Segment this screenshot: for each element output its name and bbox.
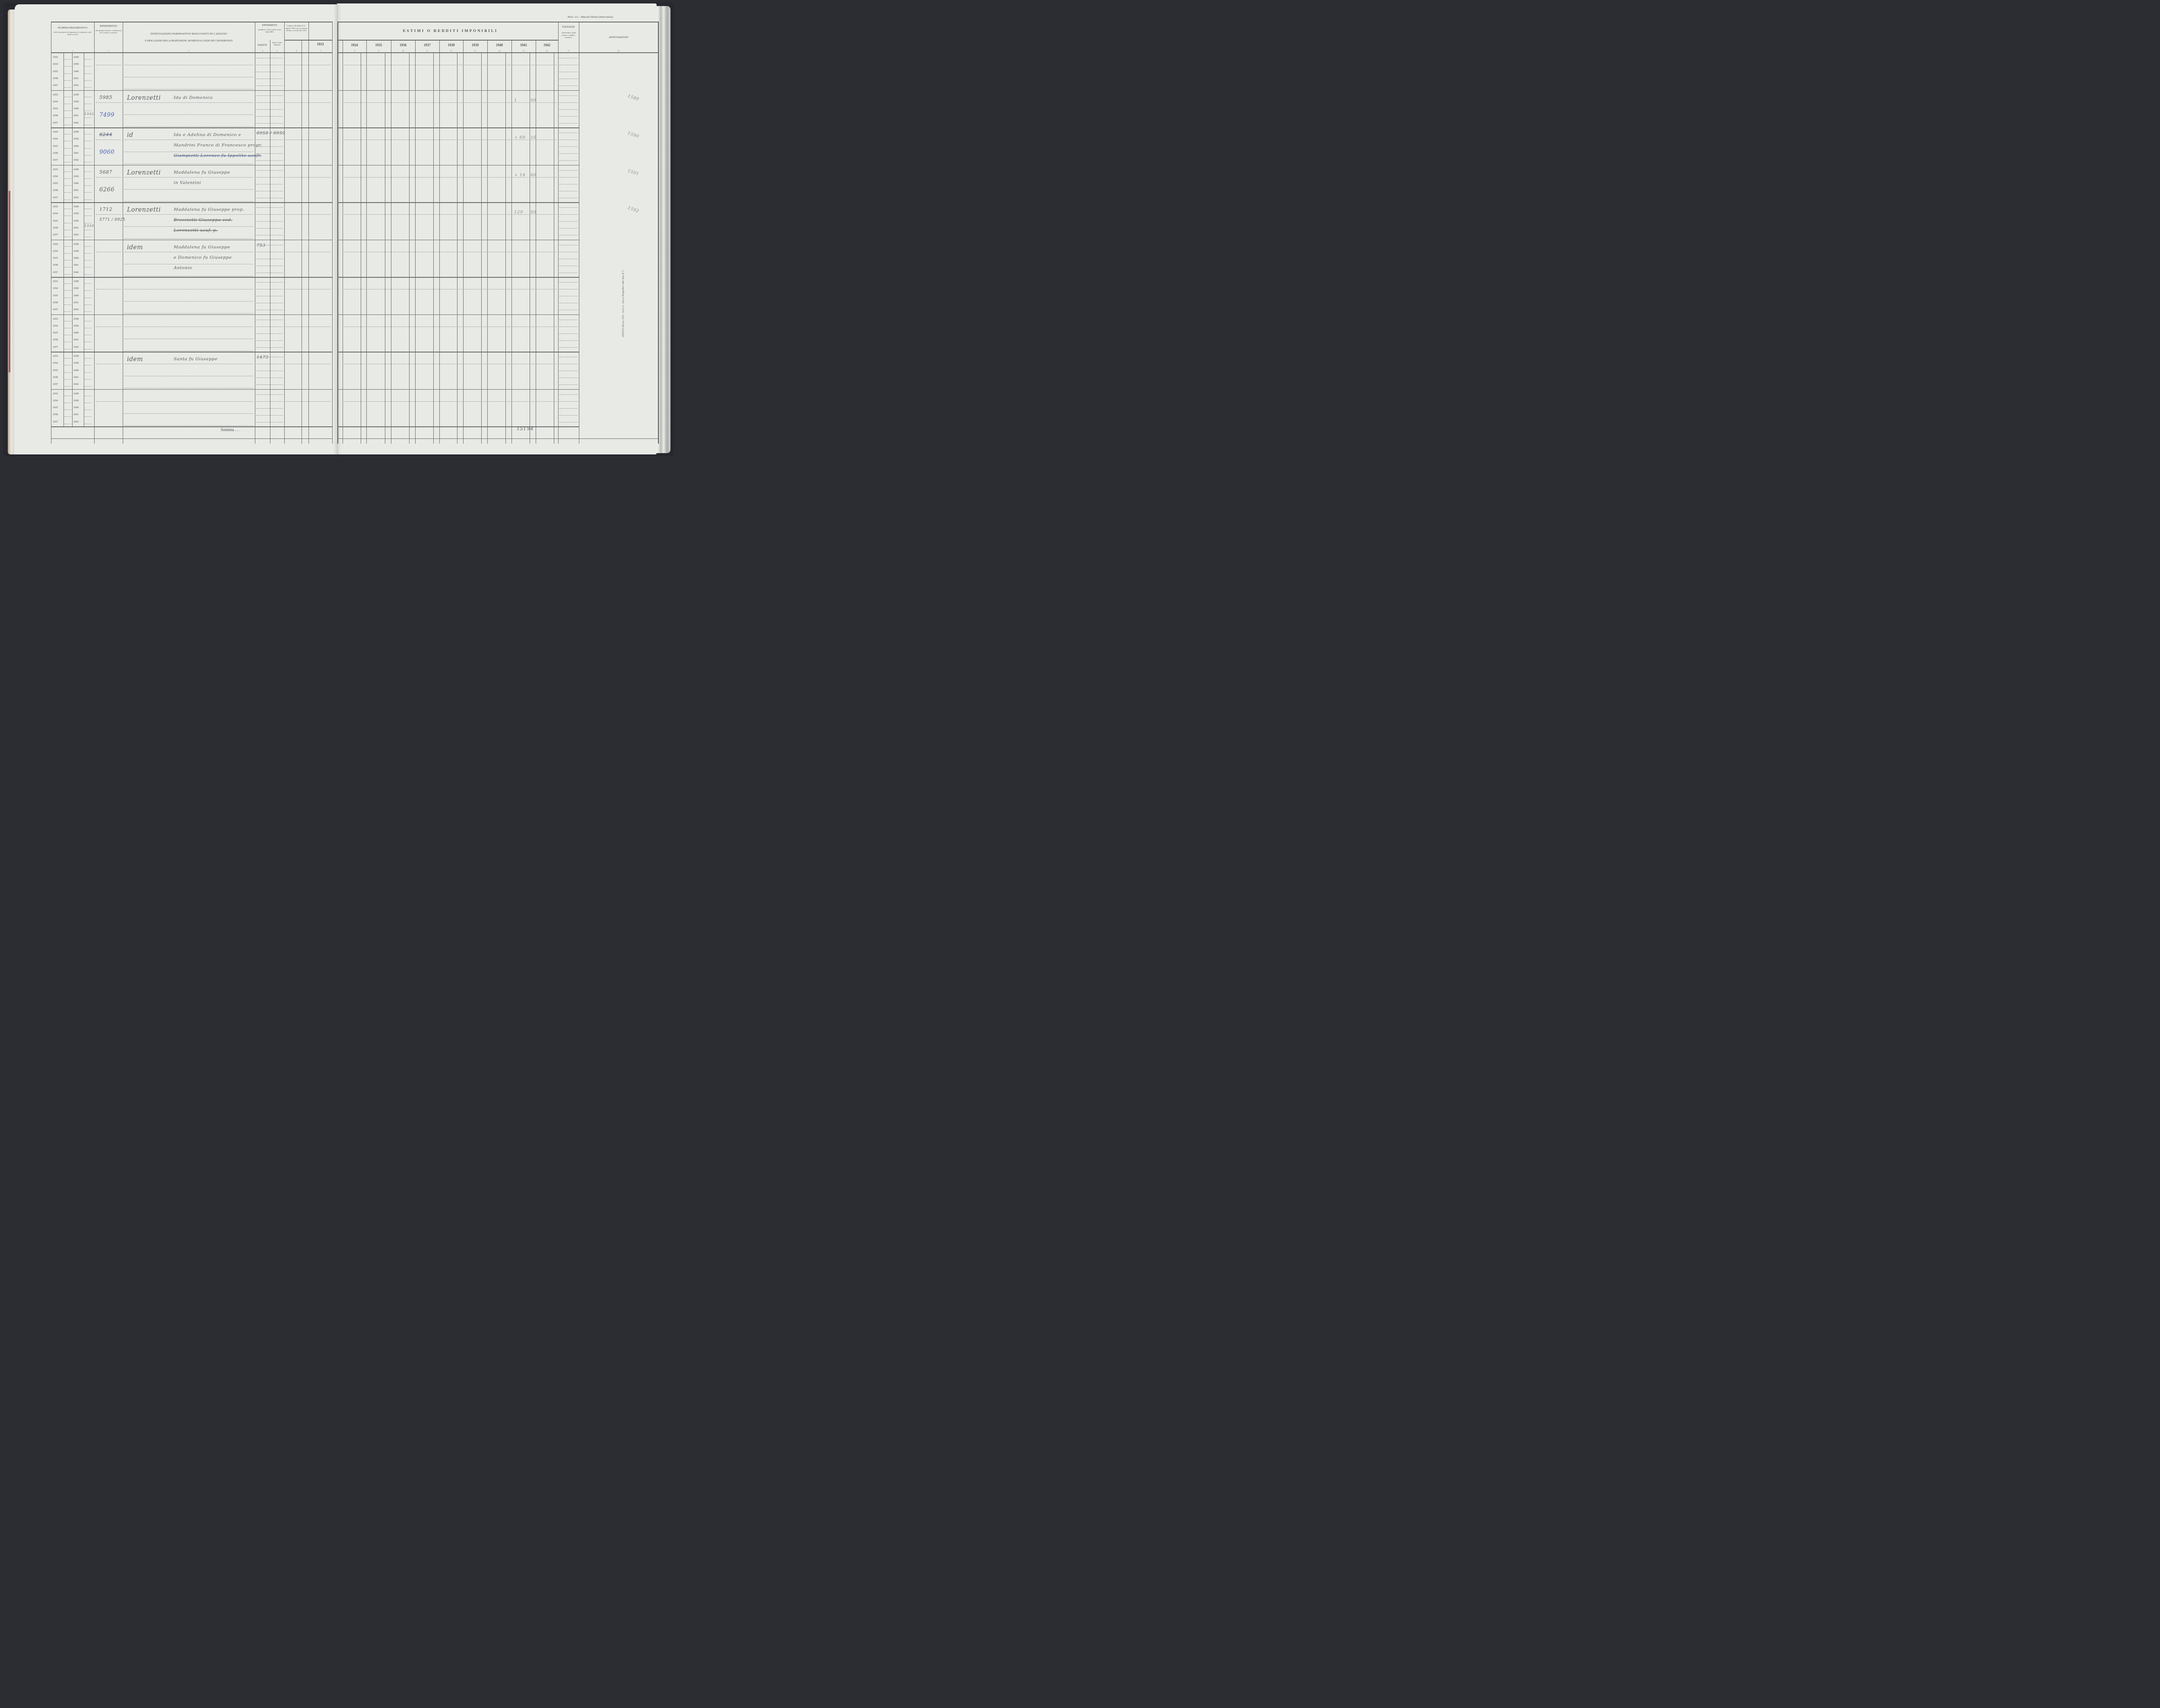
- dotted-line: [85, 185, 92, 186]
- dotted-line: [85, 253, 92, 254]
- column-number: 5: [270, 50, 284, 52]
- printer-note: (4103531) Roma, 1931 - Anno X - Istituto…: [622, 270, 625, 337]
- year-label: 1933: [53, 318, 58, 321]
- dotted-line: [85, 87, 92, 88]
- record-separator: [51, 90, 332, 91]
- writing-line: [96, 214, 121, 215]
- year-label: 1942: [73, 421, 79, 423]
- dotted-line: [85, 66, 92, 67]
- writing-line: [124, 276, 253, 276]
- progressivo-number: 1333: [84, 224, 94, 228]
- dotted-line: [85, 192, 92, 193]
- year-label: 1939: [73, 362, 79, 365]
- writing-line: [96, 401, 121, 402]
- year-label: 1936: [53, 302, 58, 304]
- year-label: 1936: [53, 189, 58, 192]
- column-number: 3: [123, 50, 255, 52]
- year-label: 1937: [53, 84, 58, 87]
- dotted-line: [559, 394, 578, 395]
- column-rule: [123, 22, 123, 444]
- table-right-border: [658, 22, 659, 444]
- writing-line: [96, 102, 121, 103]
- year-label: 1939: [73, 101, 79, 103]
- riferimento-new-number: 7499: [99, 112, 114, 118]
- year-label: 1935: [53, 220, 58, 222]
- year-label: 1940: [73, 406, 79, 409]
- writing-line: [124, 413, 253, 414]
- year-label: 1938: [73, 318, 79, 321]
- dotted-line: [559, 310, 578, 310]
- header-bottom-rule: [51, 52, 332, 53]
- dotted-line: [85, 209, 92, 209]
- year-label: 1936: [53, 114, 58, 117]
- column-number: 10: [391, 50, 415, 52]
- dotted-line: [85, 424, 92, 424]
- dotted-line: [64, 223, 71, 223]
- dotted-line: [256, 160, 283, 161]
- record-separator-right: [337, 314, 558, 315]
- dotted-line: [559, 86, 578, 86]
- header-year-1940: 1940: [487, 43, 511, 47]
- column-number: 11: [415, 50, 439, 52]
- writing-line: [124, 301, 253, 302]
- dotted-line: [64, 253, 71, 254]
- dotted-line: [286, 401, 331, 402]
- dotted-line: [85, 290, 92, 291]
- record-separator-esenzioni: [558, 277, 579, 278]
- column-rule: [284, 22, 285, 444]
- dotted-line: [64, 403, 71, 403]
- dotted-line: [344, 327, 557, 327]
- dotted-line: [64, 342, 71, 342]
- record-separator-right: [337, 90, 558, 91]
- dotted-line: [256, 198, 283, 198]
- dotted-line: [559, 95, 578, 96]
- writing-line: [124, 152, 253, 152]
- dotted-line: [85, 237, 92, 237]
- somma-rule-right: [337, 438, 658, 439]
- column-rule: [554, 53, 554, 444]
- column-rule: [51, 22, 51, 444]
- dotted-line: [85, 155, 92, 156]
- year-label: 1941: [73, 227, 79, 229]
- year-label: 1940: [73, 220, 79, 222]
- header-specie-imposta: Specie della Imposta: [270, 41, 284, 46]
- dotted-line: [256, 259, 283, 259]
- writing-line: [96, 140, 121, 140]
- dotted-line: [64, 267, 71, 267]
- column-rule: [366, 40, 367, 444]
- dotted-line: [64, 200, 71, 200]
- writing-line: [124, 140, 253, 140]
- column-number: 9: [366, 50, 391, 52]
- dotted-line: [256, 266, 283, 266]
- dotted-line: [256, 340, 283, 341]
- riferimento-new-number: 6266: [99, 187, 114, 193]
- column-number: 12: [439, 50, 463, 52]
- record-separator-esenzioni: [558, 426, 579, 427]
- column-rule: [391, 40, 391, 444]
- dotted-line: [85, 178, 92, 179]
- dotted-line: [85, 141, 92, 141]
- writing-line: [124, 376, 253, 376]
- record-separator: [51, 277, 332, 278]
- year-label: 1935: [53, 295, 58, 297]
- dotted-line: [559, 333, 578, 334]
- header-esenzioni-sub: Ammontare degli estimi o redditi e scade…: [559, 32, 578, 39]
- dotted-line: [256, 170, 283, 171]
- dotted-line: [64, 178, 71, 179]
- year-label: 1942: [73, 197, 79, 199]
- dotted-line: [64, 216, 71, 216]
- dotted-line: [64, 290, 71, 291]
- dotted-line: [64, 230, 71, 230]
- dotted-line: [559, 153, 578, 154]
- intestazione-line: Giampietti Lorenzo fu Ippolito usufr.: [174, 153, 262, 158]
- dotted-line: [64, 305, 71, 305]
- surname: idem: [127, 356, 143, 363]
- year-label: 1938: [73, 393, 79, 395]
- dotted-line: [64, 80, 71, 81]
- dotted-line: [559, 235, 578, 235]
- intestazione-line: e Domenico fu Giuseppe: [174, 255, 232, 260]
- dotted-line: [559, 273, 578, 273]
- dotted-line: [64, 141, 71, 141]
- header-intestazioni-sub: E INDICAZIONE DELLA PROFESSIONE, RESIDEN…: [127, 40, 251, 42]
- dotted-line: [256, 177, 283, 178]
- dotted-line: [256, 394, 283, 395]
- dotted-line: [85, 321, 92, 321]
- year-label: 1942: [73, 271, 79, 274]
- writing-line: [124, 425, 253, 426]
- dotted-line: [559, 296, 578, 296]
- writing-line: [124, 89, 253, 89]
- year-label: 1935: [53, 369, 58, 372]
- somma-1941-int: 151: [517, 426, 527, 432]
- table-top-rule-right: [337, 22, 658, 22]
- dotted-line: [559, 65, 578, 65]
- riferimento-new-number: 9060: [99, 149, 114, 156]
- column-rule: [332, 22, 333, 444]
- header-annotazioni: ANNOTAZIONI: [579, 35, 658, 39]
- record-separator-esenzioni: [558, 314, 579, 315]
- surname: idem: [127, 244, 143, 251]
- intestazione-line: Maddalena fu Giuseppe: [174, 245, 230, 250]
- dotted-line: [64, 424, 71, 424]
- year-label: 1933: [53, 355, 58, 358]
- year-label: 1937: [53, 383, 58, 386]
- dotted-line: [256, 252, 283, 252]
- dotted-line: [256, 303, 283, 303]
- year-label: 1940: [73, 257, 79, 260]
- dotted-line: [559, 371, 578, 371]
- writing-line: [124, 127, 253, 127]
- riferimento-number: 5985: [99, 95, 112, 100]
- year-label: 1941: [73, 77, 79, 80]
- dotted-line: [256, 378, 283, 378]
- header-riferimenti: RIFERIMENTI: [255, 24, 284, 27]
- column-rule: [463, 40, 464, 444]
- dotted-line: [559, 266, 578, 266]
- dotted-line: [559, 58, 578, 58]
- somma-label: Somma . . .: [221, 428, 241, 432]
- dotted-line: [256, 296, 283, 296]
- year-label: 1937: [53, 346, 58, 349]
- column-rule: [302, 40, 302, 444]
- column-rule: [308, 22, 309, 444]
- year-label: 1933: [53, 243, 58, 246]
- record-separator-esenzioni: [558, 165, 579, 166]
- dotted-line: [559, 252, 578, 252]
- dotted-line: [64, 104, 71, 104]
- writing-line: [96, 364, 121, 364]
- intestazione-line: Brescietti Giuseppa ved.: [174, 218, 232, 222]
- writing-line: [124, 102, 253, 103]
- dotted-line: [64, 134, 71, 134]
- dotted-line: [85, 246, 92, 247]
- column-rule: [558, 22, 559, 444]
- dotted-line: [64, 298, 71, 298]
- dotted-line: [256, 371, 283, 371]
- dotted-line: [256, 58, 283, 58]
- writing-line: [96, 65, 121, 65]
- dotted-line: [559, 327, 578, 327]
- writing-line: [124, 264, 253, 264]
- year-label: 1941: [73, 264, 79, 267]
- dotted-line: [64, 246, 71, 247]
- dotted-line: [344, 289, 557, 289]
- record-separator: [51, 426, 332, 427]
- year-label: 1933: [53, 280, 58, 283]
- year-label: 1941: [73, 339, 79, 341]
- column-number: 8: [343, 50, 366, 52]
- dotted-line: [559, 198, 578, 198]
- year-label: 1936: [53, 264, 58, 267]
- year-label: 1933: [53, 168, 58, 171]
- header-year-1939: 1939: [463, 43, 487, 47]
- dotted-line: [85, 125, 92, 125]
- dotted-line: [344, 214, 557, 215]
- writing-line: [96, 252, 121, 252]
- writing-line: [124, 238, 253, 239]
- dotted-line: [85, 410, 92, 410]
- writing-line: [96, 177, 121, 178]
- dotted-line: [256, 364, 283, 364]
- dotted-line: [64, 59, 71, 60]
- dotted-line: [559, 177, 578, 178]
- dotted-line: [64, 349, 71, 349]
- amount-1941-integer: 1: [514, 98, 517, 103]
- column-number: 6: [284, 50, 308, 52]
- dotted-line: [85, 311, 92, 312]
- dotted-line: [256, 140, 283, 140]
- year-label: 1935: [53, 70, 58, 73]
- header-year-1938: 1938: [439, 43, 463, 47]
- dotted-line: [85, 386, 92, 387]
- dotted-line: [64, 396, 71, 396]
- dotted-line: [256, 327, 283, 327]
- header-intestazioni: INTESTAZIONI NOMINATIVE RISULTANTI IN CA…: [131, 32, 246, 35]
- dotted-line: [559, 347, 578, 348]
- dotted-line: [85, 328, 92, 328]
- year-label: 1934: [53, 287, 58, 290]
- dotted-line: [559, 422, 578, 422]
- year-label: 1942: [73, 346, 79, 349]
- dotted-line: [85, 267, 92, 267]
- dotted-line: [256, 310, 283, 310]
- year-label: 1938: [73, 355, 79, 358]
- dotted-line: [559, 401, 578, 402]
- dotted-line: [85, 59, 92, 60]
- dotted-line: [85, 379, 92, 380]
- amount-1941-integer: + 14: [514, 173, 525, 178]
- header-riferimento-sub: alla partita catastale e indicazioni del…: [95, 29, 122, 34]
- dotted-line: [559, 146, 578, 147]
- dotted-line: [559, 116, 578, 117]
- dotted-line: [64, 209, 71, 209]
- writing-line: [124, 289, 253, 289]
- year-label: 1937: [53, 197, 58, 199]
- amount-1941-decimal: 60: [530, 173, 537, 178]
- dotted-line: [64, 260, 71, 260]
- dotted-line: [559, 357, 578, 357]
- year-label: 1934: [53, 400, 58, 402]
- header-year-1934: 1934: [343, 43, 366, 47]
- dotted-line: [85, 416, 92, 417]
- dotted-line: [256, 184, 283, 184]
- dotted-line: [344, 401, 557, 402]
- dotted-line: [85, 372, 92, 373]
- dotted-line: [559, 282, 578, 283]
- year-label: 1941: [73, 189, 79, 192]
- year-label: 1934: [53, 325, 58, 327]
- year-label: 1934: [53, 101, 58, 103]
- column-number: 4: [255, 50, 270, 52]
- column-rule: [255, 22, 255, 444]
- dotted-line: [64, 171, 71, 172]
- writing-line: [124, 201, 253, 202]
- record-separator-esenzioni: [558, 389, 579, 390]
- dotted-line: [286, 252, 331, 252]
- year-label: 1939: [73, 400, 79, 402]
- dotted-line: [256, 72, 283, 72]
- year-label: 1938: [73, 168, 79, 171]
- record-separator: [51, 352, 332, 352]
- record-separator-esenzioni: [558, 240, 579, 241]
- year-label: 1938: [73, 131, 79, 133]
- dotted-line: [64, 125, 71, 125]
- dotted-line: [64, 162, 71, 162]
- record-separator-esenzioni: [558, 352, 579, 352]
- dotted-line: [256, 384, 283, 385]
- year-label: 1942: [73, 234, 79, 236]
- year-label: 1942: [73, 84, 79, 87]
- intestazione-line: Maddalena fu Giuseppe: [174, 170, 230, 175]
- dotted-line: [559, 160, 578, 161]
- amount-1941-decimal: 99: [530, 98, 537, 103]
- year-label: 1936: [53, 339, 58, 341]
- column-rule: [385, 53, 385, 444]
- dotted-line: [256, 415, 283, 416]
- dotted-line: [256, 95, 283, 96]
- column-number: 15: [511, 50, 536, 52]
- dotted-line: [64, 311, 71, 312]
- dotted-line: [559, 384, 578, 385]
- surname: Lorenzetti: [127, 206, 161, 213]
- dotted-line: [286, 177, 331, 178]
- dotted-line: [344, 102, 557, 103]
- dotted-line: [559, 79, 578, 79]
- year-label: 1933: [53, 56, 58, 59]
- column-rule: [487, 40, 488, 444]
- column-rule: [530, 53, 530, 444]
- year-label: 1934: [53, 63, 58, 66]
- year-label: 1939: [73, 250, 79, 253]
- column-number: 13: [463, 50, 487, 52]
- dotted-line: [559, 140, 578, 140]
- dotted-line: [256, 401, 283, 402]
- amount-1941-decimal: 10: [530, 135, 537, 140]
- dotted-line: [559, 320, 578, 320]
- column-number: 17: [558, 50, 579, 52]
- column-number: 1: [51, 50, 94, 52]
- dotted-line: [256, 86, 283, 86]
- dotted-line: [286, 214, 331, 215]
- column-rule: [270, 40, 270, 444]
- year-label: 1942: [73, 383, 79, 386]
- somma-rule: [51, 438, 332, 439]
- dotted-line: [64, 328, 71, 328]
- record-separator-right: [337, 389, 558, 390]
- year-label: 1934: [53, 138, 58, 140]
- dotted-line: [85, 111, 92, 111]
- column-rule: [361, 53, 361, 444]
- header-esenzioni: ESENZIONI: [558, 26, 579, 29]
- column-rule: [439, 40, 440, 444]
- dotted-line: [85, 148, 92, 149]
- writing-line: [124, 114, 253, 115]
- column-rule: [579, 22, 579, 444]
- dotted-line: [85, 260, 92, 260]
- year-label: 1938: [73, 94, 79, 96]
- dotted-line: [559, 378, 578, 378]
- year-label: 1935: [53, 406, 58, 409]
- dotted-line: [286, 102, 331, 103]
- year-label: 1941: [73, 376, 79, 379]
- header-year-1936: 1936: [391, 43, 415, 47]
- year-label: 1940: [73, 369, 79, 372]
- dotted-line: [85, 342, 92, 342]
- dotted-line: [64, 358, 71, 359]
- year-label: 1939: [73, 63, 79, 66]
- dotted-line: [64, 117, 71, 118]
- dotted-line: [85, 274, 92, 275]
- writing-line: [124, 177, 253, 178]
- year-label: 1938: [73, 280, 79, 283]
- dotted-line: [85, 80, 92, 81]
- dotted-line: [85, 104, 92, 104]
- dotted-line: [256, 228, 283, 229]
- dotted-line: [64, 237, 71, 237]
- amount-1941-integer: + 69: [514, 135, 525, 140]
- record-separator: [51, 165, 332, 166]
- dotted-line: [85, 134, 92, 134]
- dotted-line: [64, 372, 71, 373]
- year-label: 1938: [73, 243, 79, 246]
- year-label: 1940: [73, 295, 79, 297]
- riferimento-number: 1712: [99, 206, 112, 212]
- year-label: 1934: [53, 213, 58, 215]
